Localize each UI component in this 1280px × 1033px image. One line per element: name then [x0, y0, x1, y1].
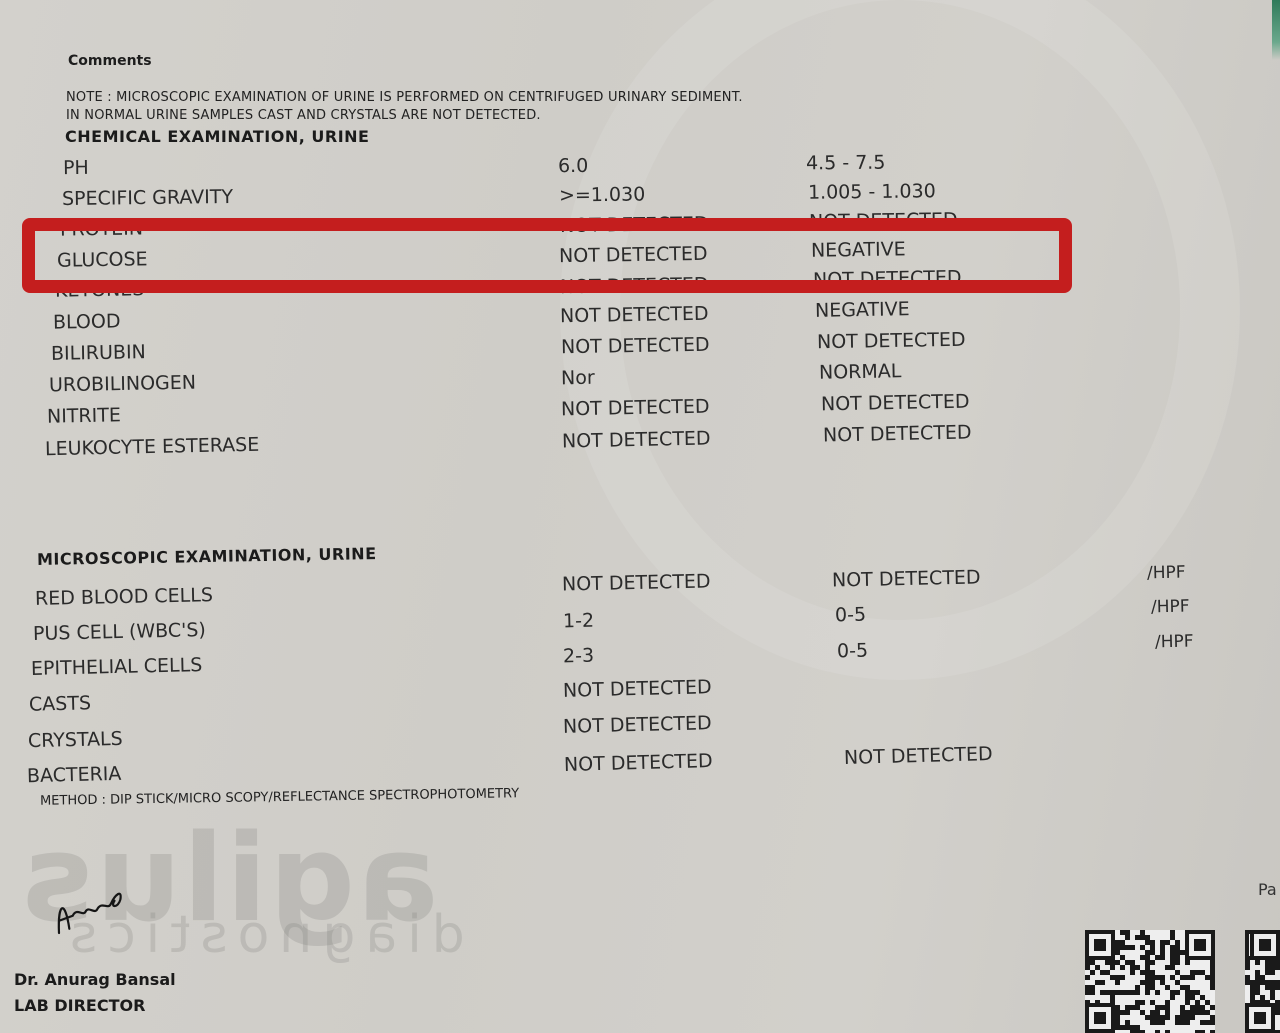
folder-edge	[1272, 0, 1280, 60]
unit-label: /HPF	[1147, 563, 1186, 584]
test-name: PUS CELL (WBC'S)	[33, 619, 206, 645]
signatory-title: LAB DIRECTOR	[14, 996, 145, 1015]
reference-range: 0-5	[837, 640, 869, 663]
test-result: NOT DETECTED	[560, 303, 709, 328]
signatory-name: Dr. Anurag Bansal	[14, 970, 176, 989]
test-result: 6.0	[558, 155, 588, 177]
reference-range: 4.5 - 7.5	[806, 152, 886, 175]
test-result: 1-2	[563, 610, 595, 633]
reference-range: 0-5	[835, 604, 867, 627]
lab-report-page: agilus diagnostics Comments NOTE : MICRO…	[0, 0, 1280, 1033]
test-name: BILIRUBIN	[51, 341, 146, 365]
reference-range: NOT DETECTED	[817, 329, 966, 354]
test-name: KETONES	[55, 278, 145, 302]
test-name: LEUKOCYTE ESTERASE	[45, 434, 260, 460]
method-note: METHOD : DIP STICK/MICRO SCOPY/REFLECTAN…	[40, 786, 519, 809]
test-name: CASTS	[29, 692, 92, 716]
reference-range: NOT DETECTED	[844, 743, 993, 769]
test-name: SPECIFIC GRAVITY	[62, 186, 233, 210]
test-name: BLOOD	[53, 310, 121, 333]
test-result: >=1.030	[559, 183, 645, 206]
reference-range: NEGATIVE	[815, 298, 910, 322]
test-result: NOT DETECTED	[562, 570, 711, 595]
reference-range: NOT DETECTED	[823, 421, 972, 446]
test-name: NITRITE	[47, 404, 121, 427]
test-result: 2-3	[563, 645, 595, 668]
test-result: NOT DETECTED	[562, 427, 711, 452]
test-name: PROTEIN	[60, 217, 143, 240]
test-result: NOT DETECTED	[560, 213, 709, 237]
qr-code-icon	[1245, 930, 1280, 1033]
reference-range: NORMAL	[819, 360, 902, 384]
reference-range: NOT DETECTED	[821, 391, 970, 416]
test-result: NOT DETECTED	[561, 334, 710, 359]
unit-label: /HPF	[1155, 632, 1194, 653]
test-result: NOT DETECTED	[563, 676, 712, 702]
test-result: NOT DETECTED	[564, 750, 713, 776]
test-name: PH	[63, 157, 89, 179]
comments-heading: Comments	[68, 53, 152, 69]
chemical-section-title: CHEMICAL EXAMINATION, URINE	[65, 127, 369, 146]
test-result: NOT DETECTED	[560, 274, 709, 299]
page-number-fragment: Pa	[1258, 880, 1277, 899]
test-name: CRYSTALS	[28, 728, 123, 752]
test-result: NOT DETECTED	[563, 712, 712, 738]
test-result: NOT DETECTED	[561, 396, 710, 421]
test-name: GLUCOSE	[57, 248, 148, 271]
test-result: NOT DETECTED	[559, 243, 708, 267]
note-line-1: NOTE : MICROSCOPIC EXAMINATION OF URINE …	[66, 90, 743, 105]
test-name: EPITHELIAL CELLS	[31, 654, 203, 680]
reference-range: 1.005 - 1.030	[808, 180, 936, 204]
microscopic-section-title: MICROSCOPIC EXAMINATION, URINE	[37, 544, 377, 569]
unit-label: /HPF	[1151, 597, 1190, 618]
note-line-2: IN NORMAL URINE SAMPLES CAST AND CRYSTAL…	[66, 108, 541, 123]
test-name: RED BLOOD CELLS	[35, 584, 213, 610]
qr-code-icon	[1085, 930, 1215, 1033]
reference-range: NEGATIVE	[811, 238, 906, 261]
reference-range: NOT DETECTED	[809, 209, 958, 233]
reference-range: NOT DETECTED	[813, 267, 962, 292]
test-result: Nor	[561, 367, 595, 390]
reference-range: NOT DETECTED	[832, 566, 981, 591]
test-name: UROBILINOGEN	[49, 372, 196, 397]
test-name: BACTERIA	[27, 763, 122, 787]
